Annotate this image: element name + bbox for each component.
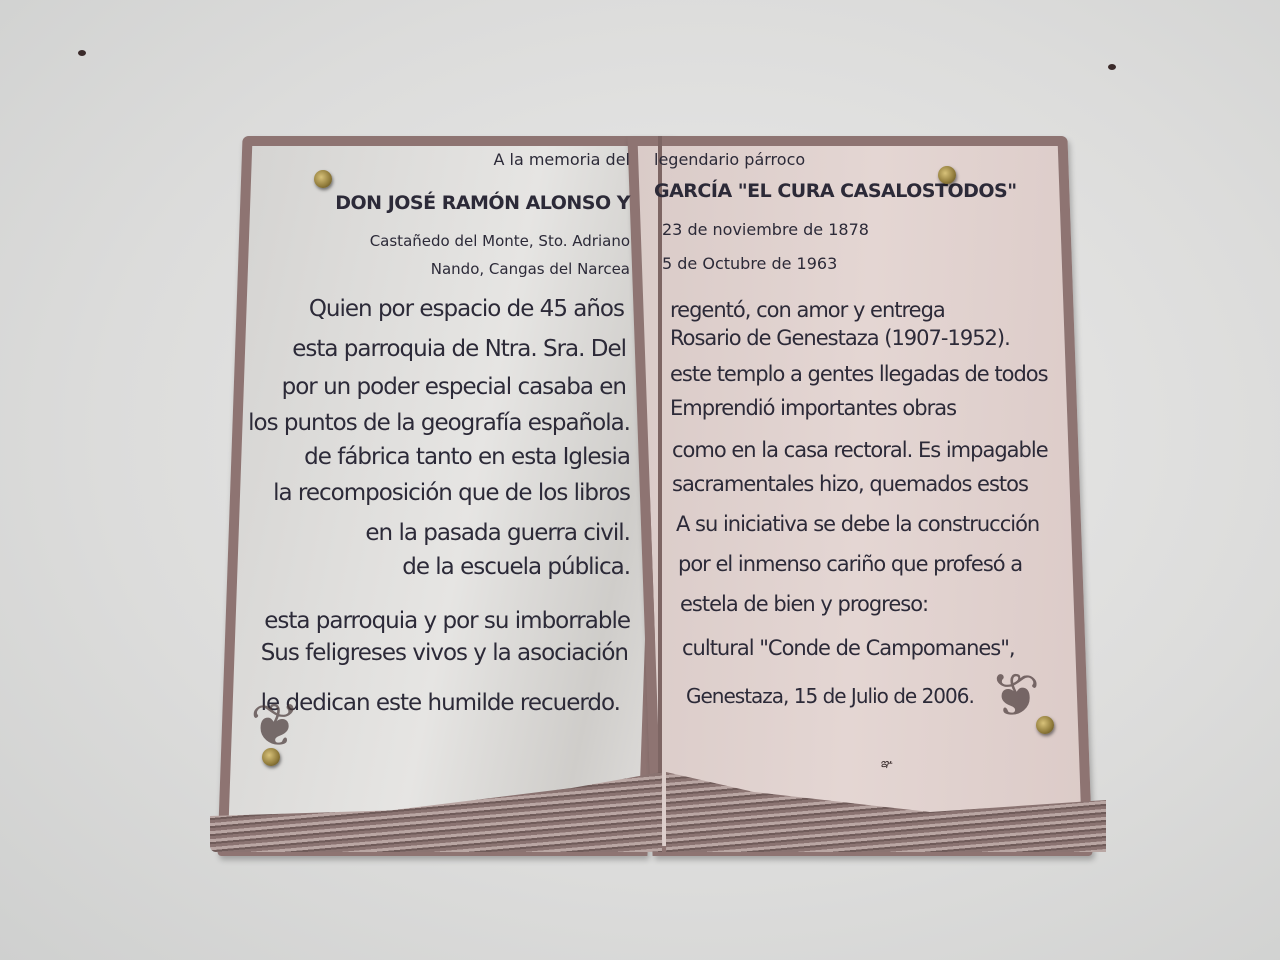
inscription-line: por un poder especial casaba en: [282, 374, 626, 400]
inscription-line: estela de bien y progreso:: [680, 592, 928, 616]
right-page-text: legendario párroco GARCÍA "EL CURA CASAL…: [654, 136, 1054, 736]
place-date-line: Genestaza, 15 de Julio de 2006.: [686, 684, 974, 708]
wall-hole: [78, 50, 86, 56]
dedication-line: A la memoria del: [493, 150, 630, 169]
birth-date-line: 23 de noviembre de 1878: [662, 220, 869, 239]
inscription-line: Quien por espacio de 45 años: [309, 296, 624, 322]
book-plaque: A la memoria del DON JOSÉ RAMÓN ALONSO Y…: [210, 136, 1110, 852]
inscription-line: los puntos de la geografía española.: [248, 410, 630, 436]
inscription-line: por el inmenso cariño que profesó a: [678, 552, 1022, 576]
priest-name-line: DON JOSÉ RAMÓN ALONSO Y: [335, 192, 630, 214]
floral-ornament-icon: ❦: [990, 666, 1040, 726]
floral-ornament-icon: ❦: [250, 696, 300, 756]
inscription-line: esta parroquia y por su imborrable: [264, 608, 630, 634]
inscription-line: de la escuela pública.: [402, 554, 630, 580]
inscription-line: Emprendió importantes obras: [670, 396, 956, 420]
inscription-line: como en la casa rectoral. Es impagable: [672, 438, 1048, 462]
left-page-text: A la memoria del DON JOSÉ RAMÓN ALONSO Y…: [270, 136, 630, 736]
brass-screw-icon: [262, 748, 280, 766]
priest-surname-line: GARCÍA "EL CURA CASALOSTODOS": [654, 180, 1017, 202]
inscription-line: esta parroquia de Ntra. Sra. Del: [292, 336, 626, 362]
inscription-line: la recomposición que de los libros: [273, 480, 630, 506]
title-line: legendario párroco: [654, 150, 805, 169]
death-date-line: 5 de Octubre de 1963: [662, 254, 837, 273]
brass-screw-icon: [938, 166, 956, 184]
region-line: Nando, Cangas del Narcea: [431, 260, 630, 278]
artist-mark: ఞ: [880, 756, 892, 773]
brass-screw-icon: [1036, 716, 1054, 734]
inscription-line: este templo a gentes llegadas de todos: [670, 362, 1048, 386]
inscription-line: regentó, con amor y entrega: [670, 298, 945, 322]
inscription-line: de fábrica tanto en esta Iglesia: [304, 444, 630, 470]
inscription-line: le dedican este humilde recuerdo.: [261, 690, 620, 716]
inscription-line: A su iniciativa se debe la construcción: [676, 512, 1039, 536]
inscription-line: en la pasada guerra civil.: [365, 520, 630, 546]
brass-screw-icon: [314, 170, 332, 188]
inscription-line: cultural "Conde de Campomanes",: [682, 636, 1015, 660]
birthplace-line: Castañedo del Monte, Sto. Adriano: [370, 232, 630, 250]
wall-hole: [1108, 64, 1116, 70]
inscription-line: sacramentales hizo, quemados estos: [672, 472, 1028, 496]
inscription-line: Sus feligreses vivos y la asociación: [261, 640, 628, 666]
inscription-line: Rosario de Genestaza (1907-1952).: [670, 326, 1010, 350]
